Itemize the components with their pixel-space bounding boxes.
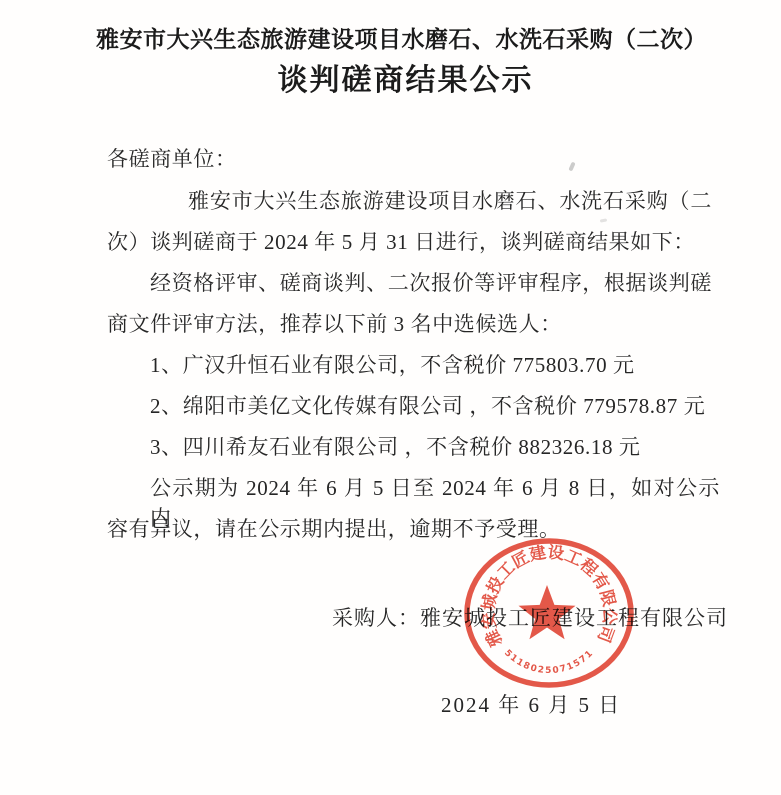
- candidate-line-3: 3、四川希友石业有限公司 ，不含税价 882326.18 元: [150, 432, 641, 462]
- document-title-line2: 谈判磋商结果公示: [15, 55, 781, 99]
- body-line: 商文件评审方法，推荐以下前 3 名中选候选人：: [107, 309, 562, 339]
- body-line: 经资格评审、磋商谈判、二次报价等评审程序，根据谈判磋: [150, 268, 712, 298]
- scan-artifact: [600, 218, 607, 222]
- body-line: 雅安市大兴生态旅游建设项目水磨石、水洗石采购（二: [188, 186, 712, 216]
- candidate-line-2: 2、绵阳市美亿文化传媒有限公司 ，不含税价 779578.87 元: [150, 391, 705, 421]
- salutation-line: 各磋商单位：: [107, 144, 237, 174]
- candidate-line-1: 1、广汉升恒石业有限公司，不含税价 775803.70 元: [150, 350, 635, 380]
- seal-number-text: 5118025071571: [502, 648, 596, 676]
- document-title-line1: 雅安市大兴生态旅游建设项目水磨石、水洗石采购（二次）: [11, 21, 781, 54]
- body-line: 次）谈判磋商于 2024 年 5 月 31 日进行，谈判磋商结果如下：: [107, 227, 695, 257]
- scan-artifact: [568, 162, 575, 172]
- seal-star-icon: [519, 585, 576, 639]
- document-page: 雅安市大兴生态旅游建设项目水磨石、水洗石采购（二次） 谈判磋商结果公示 各磋商单…: [0, 0, 781, 795]
- company-seal-stamp: 雅安城投工匠建设工程有限公司 5118025071571: [459, 533, 639, 695]
